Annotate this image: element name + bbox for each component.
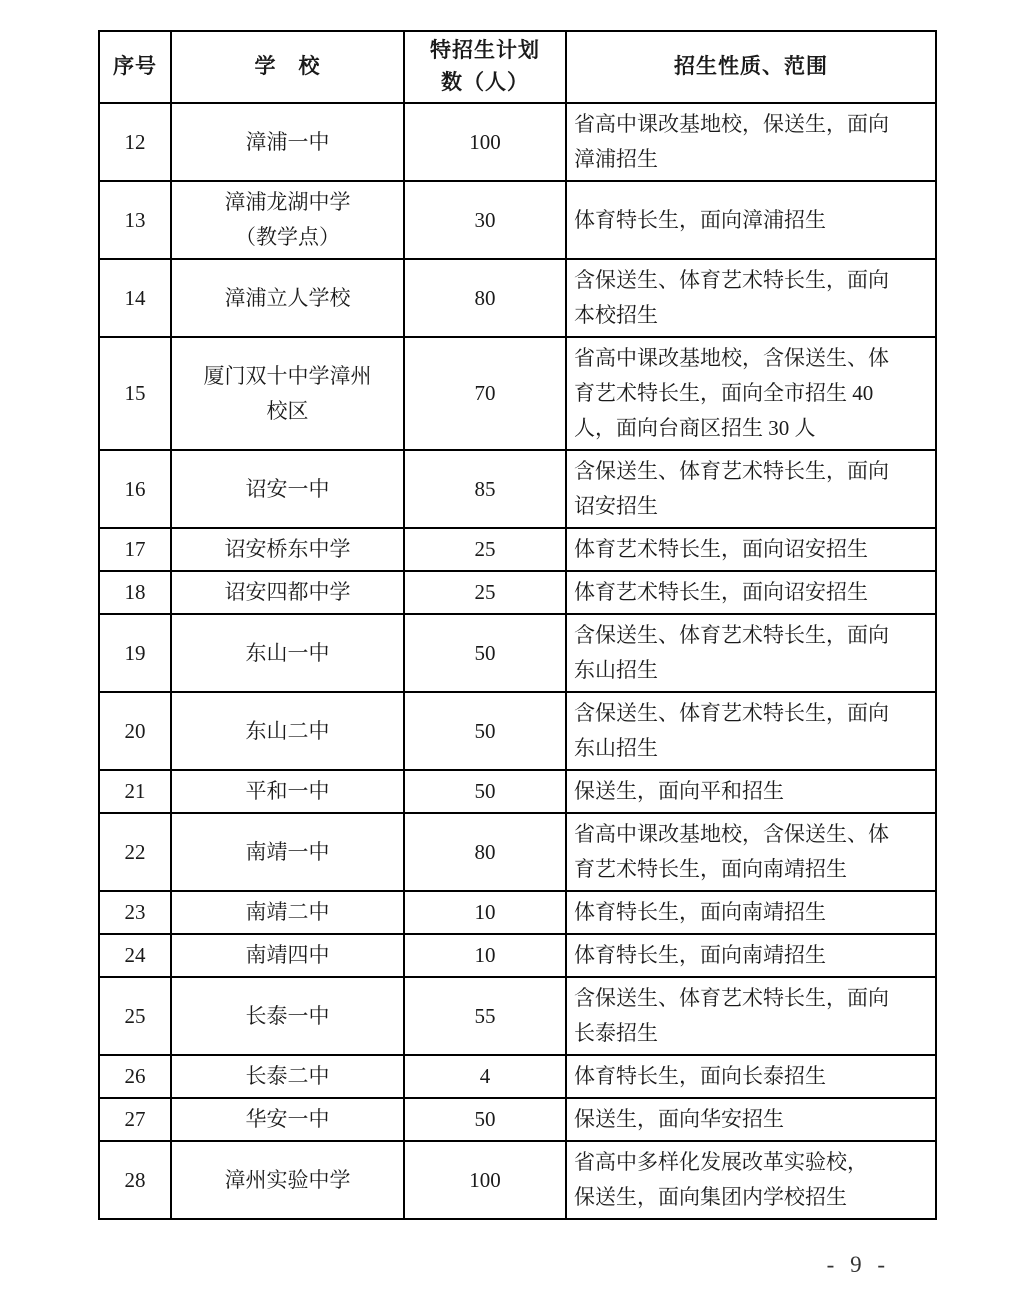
table-row: 12 漳浦一中 100 省高中课改基地校，保送生，面向 漳浦招生 — [99, 103, 936, 181]
school-cell: 东山二中 — [171, 692, 404, 770]
school-cell: 厦门双十中学漳州 校区 — [171, 337, 404, 450]
nature-cell: 含保送生、体育艺术特长生，面向 东山招生 — [566, 614, 936, 692]
nature-cell: 含保送生、体育艺术特长生，面向 东山招生 — [566, 692, 936, 770]
school-cell: 南靖一中 — [171, 813, 404, 891]
seq-cell: 27 — [99, 1098, 171, 1141]
table-row: 26 长泰二中 4 体育特长生，面向长泰招生 — [99, 1055, 936, 1098]
plan-cell: 10 — [404, 934, 566, 977]
header-cell-seq: 序号 — [99, 31, 171, 103]
seq-cell: 12 — [99, 103, 171, 181]
nature-cell: 保送生，面向华安招生 — [566, 1098, 936, 1141]
header-cell-plan: 特招生计划 数（人） — [404, 31, 566, 103]
plan-cell: 4 — [404, 1055, 566, 1098]
nature-cell: 省高中多样化发展改革实验校， 保送生，面向集团内学校招生 — [566, 1141, 936, 1219]
plan-cell: 100 — [404, 103, 566, 181]
nature-cell: 省高中课改基地校，保送生，面向 漳浦招生 — [566, 103, 936, 181]
seq-cell: 22 — [99, 813, 171, 891]
seq-cell: 14 — [99, 259, 171, 337]
table-row: 14 漳浦立人学校 80 含保送生、体育艺术特长生，面向 本校招生 — [99, 259, 936, 337]
plan-cell: 50 — [404, 614, 566, 692]
table-row: 20 东山二中 50 含保送生、体育艺术特长生，面向 东山招生 — [99, 692, 936, 770]
school-cell: 漳州实验中学 — [171, 1141, 404, 1219]
plan-cell: 100 — [404, 1141, 566, 1219]
plan-cell: 80 — [404, 259, 566, 337]
nature-cell: 体育特长生，面向漳浦招生 — [566, 181, 936, 259]
plan-cell: 80 — [404, 813, 566, 891]
school-cell: 诏安一中 — [171, 450, 404, 528]
seq-cell: 23 — [99, 891, 171, 934]
nature-cell: 体育特长生，面向长泰招生 — [566, 1055, 936, 1098]
table-row: 23 南靖二中 10 体育特长生，面向南靖招生 — [99, 891, 936, 934]
seq-cell: 28 — [99, 1141, 171, 1219]
school-cell: 诏安四都中学 — [171, 571, 404, 614]
seq-cell: 13 — [99, 181, 171, 259]
table-row: 27 华安一中 50 保送生，面向华安招生 — [99, 1098, 936, 1141]
table-row: 13 漳浦龙湖中学 （教学点） 30 体育特长生，面向漳浦招生 — [99, 181, 936, 259]
school-cell: 漳浦一中 — [171, 103, 404, 181]
nature-cell: 省高中课改基地校，含保送生、体 育艺术特长生，面向全市招生 40 人，面向台商区… — [566, 337, 936, 450]
plan-cell: 50 — [404, 770, 566, 813]
seq-cell: 21 — [99, 770, 171, 813]
school-cell: 南靖二中 — [171, 891, 404, 934]
table-row: 28 漳州实验中学 100 省高中多样化发展改革实验校， 保送生，面向集团内学校… — [99, 1141, 936, 1219]
school-cell: 长泰二中 — [171, 1055, 404, 1098]
seq-cell: 16 — [99, 450, 171, 528]
enrollment-plan-table: 序号 学 校 特招生计划 数（人） 招生性质、范围 12 漳浦一中 100 省高… — [98, 30, 937, 1220]
seq-cell: 20 — [99, 692, 171, 770]
table-row: 18 诏安四都中学 25 体育艺术特长生，面向诏安招生 — [99, 571, 936, 614]
seq-cell: 26 — [99, 1055, 171, 1098]
nature-cell: 保送生，面向平和招生 — [566, 770, 936, 813]
header-cell-school: 学 校 — [171, 31, 404, 103]
seq-cell: 25 — [99, 977, 171, 1055]
page-number: - 9 - — [0, 1252, 885, 1278]
school-cell: 华安一中 — [171, 1098, 404, 1141]
plan-cell: 25 — [404, 528, 566, 571]
header-cell-nature: 招生性质、范围 — [566, 31, 936, 103]
plan-cell: 10 — [404, 891, 566, 934]
table-row: 16 诏安一中 85 含保送生、体育艺术特长生，面向 诏安招生 — [99, 450, 936, 528]
nature-cell: 体育艺术特长生，面向诏安招生 — [566, 571, 936, 614]
school-cell: 漳浦立人学校 — [171, 259, 404, 337]
nature-cell: 含保送生、体育艺术特长生，面向 长泰招生 — [566, 977, 936, 1055]
table-row: 19 东山一中 50 含保送生、体育艺术特长生，面向 东山招生 — [99, 614, 936, 692]
seq-cell: 19 — [99, 614, 171, 692]
school-cell: 长泰一中 — [171, 977, 404, 1055]
seq-cell: 24 — [99, 934, 171, 977]
school-cell: 平和一中 — [171, 770, 404, 813]
table-row: 25 长泰一中 55 含保送生、体育艺术特长生，面向 长泰招生 — [99, 977, 936, 1055]
nature-cell: 体育艺术特长生，面向诏安招生 — [566, 528, 936, 571]
table-row: 17 诏安桥东中学 25 体育艺术特长生，面向诏安招生 — [99, 528, 936, 571]
plan-cell: 55 — [404, 977, 566, 1055]
plan-cell: 25 — [404, 571, 566, 614]
table-row: 22 南靖一中 80 省高中课改基地校，含保送生、体 育艺术特长生，面向南靖招生 — [99, 813, 936, 891]
table-row: 15 厦门双十中学漳州 校区 70 省高中课改基地校，含保送生、体 育艺术特长生… — [99, 337, 936, 450]
school-cell: 漳浦龙湖中学 （教学点） — [171, 181, 404, 259]
school-cell: 东山一中 — [171, 614, 404, 692]
document-page: 序号 学 校 特招生计划 数（人） 招生性质、范围 12 漳浦一中 100 省高… — [0, 0, 1028, 1293]
nature-cell: 体育特长生，面向南靖招生 — [566, 891, 936, 934]
plan-cell: 50 — [404, 1098, 566, 1141]
plan-cell: 85 — [404, 450, 566, 528]
table-row: 21 平和一中 50 保送生，面向平和招生 — [99, 770, 936, 813]
seq-cell: 18 — [99, 571, 171, 614]
table-row: 24 南靖四中 10 体育特长生，面向南靖招生 — [99, 934, 936, 977]
plan-cell: 30 — [404, 181, 566, 259]
school-cell: 南靖四中 — [171, 934, 404, 977]
nature-cell: 含保送生、体育艺术特长生，面向 诏安招生 — [566, 450, 936, 528]
school-cell: 诏安桥东中学 — [171, 528, 404, 571]
plan-cell: 50 — [404, 692, 566, 770]
nature-cell: 体育特长生，面向南靖招生 — [566, 934, 936, 977]
nature-cell: 含保送生、体育艺术特长生，面向 本校招生 — [566, 259, 936, 337]
table-header-row: 序号 学 校 特招生计划 数（人） 招生性质、范围 — [99, 31, 936, 103]
seq-cell: 15 — [99, 337, 171, 450]
seq-cell: 17 — [99, 528, 171, 571]
plan-cell: 70 — [404, 337, 566, 450]
nature-cell: 省高中课改基地校，含保送生、体 育艺术特长生，面向南靖招生 — [566, 813, 936, 891]
